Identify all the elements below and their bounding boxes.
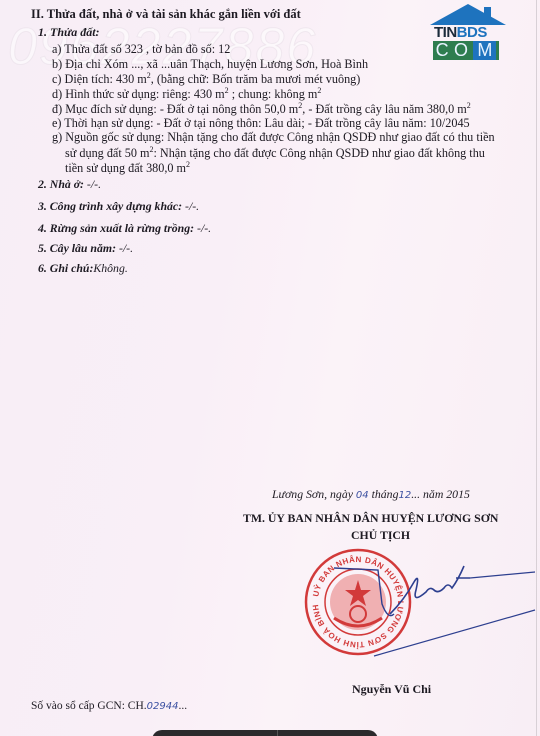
cert-value: 02944 (147, 701, 179, 712)
issuing-organization: TM. ỦY BAN NHÂN DÂN HUYỆN LƯƠNG SƠN (243, 511, 498, 526)
section-house: 2. Nhà ở: -/-. (38, 177, 101, 192)
usage-form-mid: ; chung: không m (229, 87, 318, 101)
logo-o: O (454, 41, 468, 60)
section-label: 6. Ghi chú: (38, 261, 93, 275)
area-prefix: c) Diện tích: 430 m (52, 72, 147, 86)
area-suffix: , (bằng chữ: Bốn trăm ba mươi mét vuông) (151, 72, 361, 86)
section-value: -/-. (194, 221, 211, 235)
sup: 2 (317, 86, 321, 95)
usage-form-line: d) Hình thức sử dụng: riêng: 430 m2 ; ch… (52, 86, 321, 102)
sup: 2 (467, 101, 471, 110)
logo-bds: BDS (457, 24, 487, 41)
cert-label: Số vào sổ cấp GCN: CH. (31, 700, 147, 712)
section-value: Không. (93, 261, 127, 275)
date-day: 04 (356, 490, 369, 501)
date-year: ... năm 2015 (411, 487, 470, 501)
section-label: 3. Công trình xây dựng khác: (38, 199, 182, 213)
logo-text-top: TINBDS (434, 25, 487, 41)
logo-c: C (436, 41, 449, 60)
origin-2-prefix: sử dụng đất 50 m (65, 146, 149, 160)
section-value: -/-. (84, 177, 101, 191)
origin-2-suffix: : Nhận tặng cho đất được Công nhận QSDĐ … (153, 146, 484, 160)
section-value: -/-. (182, 199, 199, 213)
toolbar-divider (277, 730, 278, 736)
date-month-label: tháng (369, 487, 399, 501)
section-label: 4. Rừng sản xuất là rừng trồng: (38, 221, 194, 235)
date-month: 12 (398, 490, 411, 501)
usage-form-prefix: d) Hình thức sử dụng: riêng: 430 m (52, 87, 225, 101)
logo-m: M (473, 41, 496, 60)
usage-purpose-line: đ) Mục đích sử dụng: - Đất ở tại nông th… (52, 101, 471, 117)
parcel-number-line: a) Thửa đất số 323 , tờ bản đồ số: 12 (52, 42, 230, 57)
section-label: 5. Cây lâu năm: (38, 241, 116, 255)
usage-term-line: e) Thời hạn sử dụng: - Đất ở tại nông th… (52, 116, 470, 131)
signer-name: Nguyễn Vũ Chi (352, 682, 431, 697)
sup: 2 (186, 160, 190, 169)
bottom-toolbar[interactable] (152, 730, 378, 736)
land-certificate-page: 0962227886 TINBDS C O M II. Thửa đất, nh… (0, 0, 540, 736)
area-line: c) Diện tích: 430 m2, (bằng chữ: Bốn tră… (52, 71, 360, 87)
signature-icon (330, 560, 540, 670)
section-production-forest: 4. Rừng sản xuất là rừng trồng: -/-. (38, 221, 211, 236)
usage-purpose-prefix: đ) Mục đích sử dụng: - Đất ở tại nông th… (52, 102, 298, 116)
item1-heading: 1. Thửa đất: (38, 25, 100, 40)
section-perennial-trees: 5. Cây lâu năm: -/-. (38, 241, 133, 256)
tinbds-logo[interactable]: TINBDS C O M (428, 3, 508, 63)
address-line: b) Địa chỉ Xóm ..., xã ...uân Thạch, huy… (52, 57, 368, 72)
cert-trail: ... (178, 700, 187, 712)
section-value: -/-. (116, 241, 133, 255)
date-place: Lương Sơn, ngày (272, 487, 356, 501)
origin-3-prefix: tiền sử dụng đất 380,0 m (65, 161, 186, 175)
logo-text-bottom: C O M (433, 41, 499, 60)
signer-role: CHỦ TỊCH (351, 528, 410, 543)
origin-line-2: sử dụng đất 50 m2: Nhận tặng cho đất đượ… (65, 145, 485, 161)
section-other-construction: 3. Công trình xây dựng khác: -/-. (38, 199, 199, 214)
section-label: 2. Nhà ở: (38, 177, 84, 191)
origin-line-1: g) Nguồn gốc sử dụng: Nhận tặng cho đất … (52, 130, 495, 145)
certificate-registry-number: Số vào sổ cấp GCN: CH.02944... (31, 700, 187, 712)
section-notes: 6. Ghi chú:Không. (38, 261, 128, 276)
logo-tin: TIN (434, 24, 457, 41)
section-title: II. Thửa đất, nhà ở và tài sản khác gắn … (31, 7, 301, 22)
issue-date: Lương Sơn, ngày 04 tháng12... năm 2015 (272, 487, 470, 502)
origin-line-3: tiền sử dụng đất 380,0 m2 (65, 160, 190, 176)
usage-purpose-suffix: , - Đất trồng cây lâu năm 380,0 m (302, 102, 467, 116)
